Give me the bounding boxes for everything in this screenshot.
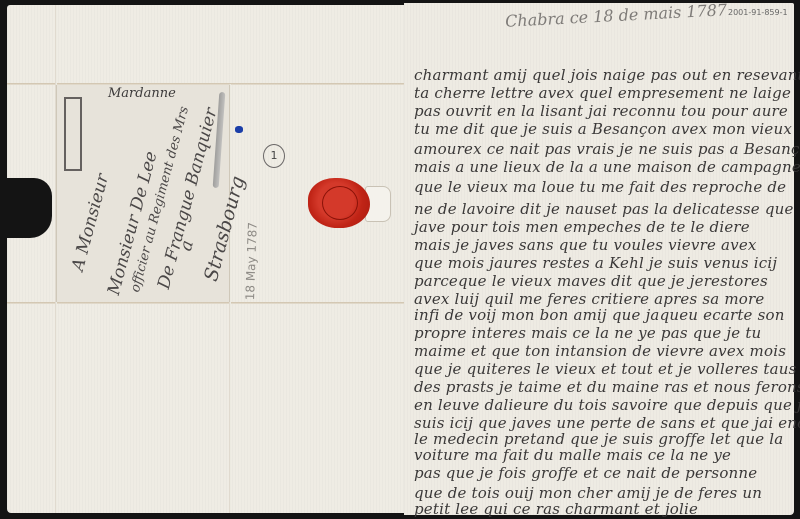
letter-line: des prasts je taime et du maine ras et n… (414, 378, 800, 396)
postal-stamp-mark (64, 97, 82, 171)
letter-line: pas que je fois groffe et ce nait de per… (414, 464, 757, 482)
letter-line: propre interes mais ce la ne ye pas que … (414, 324, 761, 342)
address-top-word: Mardanne (108, 86, 176, 101)
letter-line: que mois jaures restes a Kehl je suis ve… (414, 254, 777, 272)
letter-line: mais je javes sans que tu voules vievre … (414, 236, 757, 254)
letter-line: pas ouvrit en la lisant jai reconnu tou … (414, 102, 788, 120)
blue-ink-mark (235, 126, 243, 133)
letter-line: tu me dit que je suis a Besançon avex mo… (414, 120, 792, 138)
letter-line: en leuve dalieure du tois savoire que de… (414, 396, 800, 414)
letter-line: ne de lavoire dit je nauset pas la delic… (414, 200, 794, 218)
pencil-date-annotation: 18 May 1787 (243, 222, 260, 301)
wax-seal (308, 178, 370, 228)
letter-line: petit lee qui ce ras charmant et jolie (414, 500, 698, 518)
letter-line: voiture ma fait du malle mais ce la ne y… (414, 446, 731, 464)
letter-line: que le vieux ma loue tu me fait des repr… (414, 178, 786, 196)
letter-line: amourex ce nait pas vrais je ne suis pas… (414, 140, 800, 158)
letter-line: infi de voij mon bon amij que jaqueu eca… (414, 306, 785, 324)
seal-impression (322, 186, 358, 220)
circled-number: 1 (263, 144, 285, 168)
letter-line: maime et que ton intansion de vievre ave… (414, 342, 786, 360)
letter-line: charmant amij quel jois naige pas out en… (414, 66, 800, 84)
letter-line: que je quiteres le vieux et tout et je v… (414, 360, 797, 378)
fold-line-bottom (7, 302, 405, 304)
letter-line: jave pour tois men empeches de te le die… (414, 218, 750, 236)
letter-line: parceque le vieux maves dit que je jeres… (414, 272, 768, 290)
letter-line: ta cherre lettre avex quel empresement n… (414, 84, 791, 102)
catalog-number: 2001-91-859-1 (728, 8, 788, 17)
letter-line: mais a une lieux de la a une maison de c… (414, 158, 800, 176)
torn-edge (0, 178, 52, 238)
